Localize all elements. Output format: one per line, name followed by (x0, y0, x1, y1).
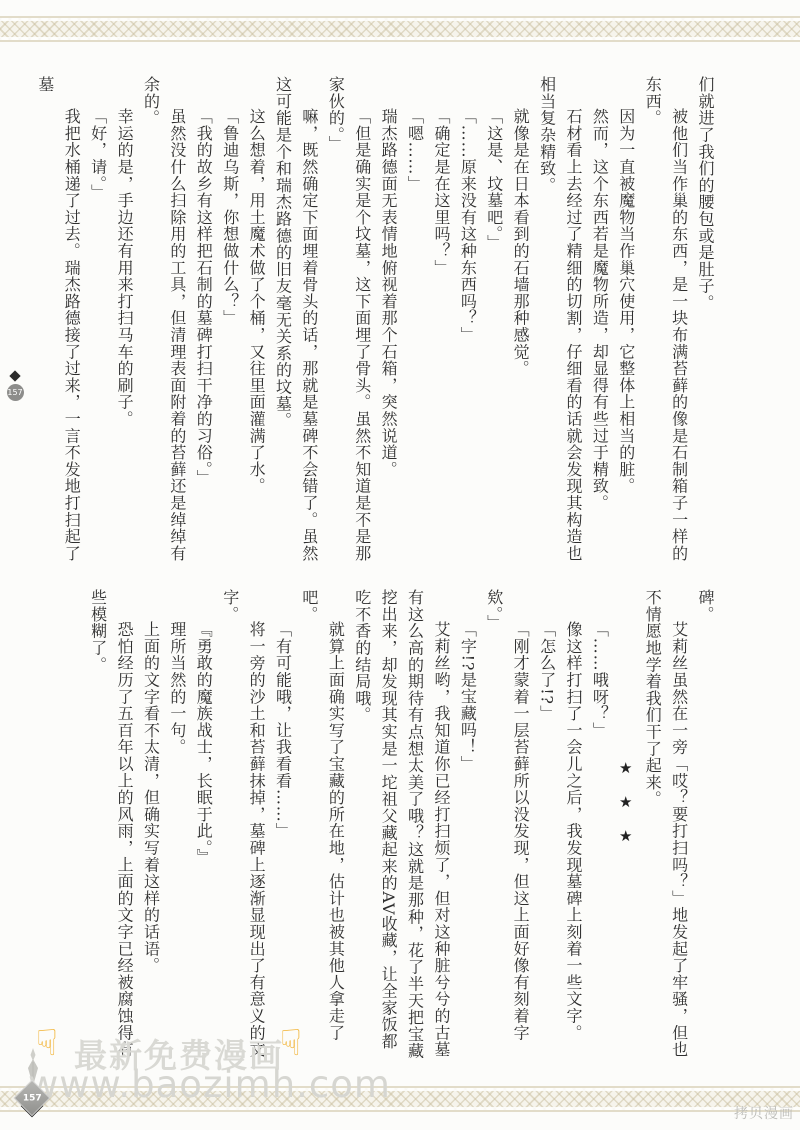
novel-paragraph: 像这样打扫了一会儿之后，我发现墓碑上刻着一些文字。 (560, 589, 586, 1062)
novel-paragraph: 理所当然的一句。 (163, 589, 189, 1062)
dialogue-line: 「……原来没有这种东西吗？」 (454, 76, 480, 565)
epitaph-line: 『勇敢的魔族战士，长眠于此。』 (190, 589, 216, 1062)
novel-paragraph: 碑。 (692, 589, 718, 1062)
novel-paragraph: 嘛，既然确定下面埋着骨头的话，那就是墓碑不会错了。虽然这可能是个和瑞杰路德的旧友… (269, 76, 322, 565)
novel-paragraph: 就算上面确实写了宝藏的所在地，估计也被其他人拿走了吧。 (296, 589, 349, 1062)
scene-break-stars: ★★★ (612, 589, 638, 1062)
page-text-bottom: 碑。 艾莉丝虽然在一旁「哎？要打扫吗？」地发起了牢骚，但也不情愿地学着我们干了起… (84, 589, 718, 1062)
novel-paragraph: 瑞杰路德面无表情地俯视着那个石箱，突然说道。 (375, 76, 401, 565)
novel-paragraph: 恐怕经历了五百年以上的风雨，上面的文字已经被腐蚀得有些模糊了。 (84, 589, 137, 1062)
dialogue-line: 「我的故乡有这样把石制的墓碑打扫干净的习俗。」 (190, 76, 216, 565)
dialogue-line: 「但是确实是个坟墓，这下面埋了骨头。虽然不知道是不是那家伙的。」 (322, 76, 375, 565)
novel-page: 们就进了我们的腰包或是肚子。 被他们当作巢的东西，是一块布满苔藓的像是石制箱子一… (0, 0, 800, 1130)
novel-paragraph: 幸运的是，手边还有用来打扫马车的刷子。 (111, 76, 137, 565)
novel-paragraph: 这么想着，用土魔术做了个桶，又往里面灌满了水。 (243, 76, 269, 565)
novel-paragraph: 被他们当作巢的东西，是一块布满苔藓的像是石制箱子一样的东西。 (639, 76, 692, 565)
novel-paragraph: 我把水桶递了过去。瑞杰路德接了过来，一言不发地打扫起了墓 (31, 76, 84, 565)
novel-paragraph: 上面的文字看不太清，但确实写着这样的话语。 (137, 589, 163, 1062)
dialogue-line: 「好，请。」 (84, 76, 110, 565)
watermark-url: www.baozimh.com (28, 1063, 391, 1106)
diamond-icon (9, 370, 20, 381)
dialogue-line: 「这是、坟墓吧。」 (480, 76, 506, 565)
dialogue-line: 「鲁迪乌斯，你想做什么？」 (216, 76, 242, 565)
dialogue-line: 「确定是在这里吗？」 (428, 76, 454, 565)
page-text-top: 们就进了我们的腰包或是肚子。 被他们当作巢的东西，是一块布满苔藓的像是石制箱子一… (31, 76, 718, 565)
decorative-border-top (0, 16, 800, 42)
novel-paragraph: 艾莉丝哟，我知道你已经打扫烦了，但对这种脏兮兮的古墓有这么高的期待有点想太美了哦… (348, 589, 454, 1062)
dialogue-line: 「怎么了!?」 (533, 589, 559, 1062)
novel-paragraph: 就像是在日本看到的石墙那种感觉。 (507, 76, 533, 565)
page-number-circle: 157 (7, 384, 24, 401)
site-credit-label: 拷贝漫画 (734, 1103, 794, 1123)
novel-paragraph: 石材看上去经过了精细的切割，仔细看的话就会发现其构造也相当复杂精致。 (533, 76, 586, 565)
page-marker: 157 (4, 372, 26, 401)
novel-paragraph: 艾莉丝虽然在一旁「哎？要打扫吗？」地发起了牢骚，但也不情愿地学着我们干了起来。 (639, 589, 692, 1062)
dialogue-line: 「字!?是宝藏吗！」 (454, 589, 480, 1062)
novel-paragraph: 因为一直被魔物当作巢穴使用，它整体上相当的脏。 (612, 76, 638, 565)
pointing-down-hand-icon: ☟ (280, 1026, 302, 1062)
novel-paragraph: 虽然没什么扫除用的工具，但清理表面附着的苔藓还是绰绰有余的。 (137, 76, 190, 565)
diamond-badge: 157 (14, 1080, 51, 1117)
novel-paragraph: 将一旁的沙土和苔藓抹掉，墓碑上逐渐显现出了有意义的文字。 (216, 589, 269, 1062)
page-number-badge: 157 (14, 1084, 50, 1122)
dialogue-line: 「嗯……」 (401, 76, 427, 565)
dialogue-line: 「刚才蒙着一层苔藓所以没发现，但这上面好像有刻着字欸。」 (480, 589, 533, 1062)
page-number: 157 (23, 1093, 42, 1103)
dialogue-line: 「有可能哦，让我看看……」 (269, 589, 295, 1062)
novel-paragraph: 们就进了我们的腰包或是肚子。 (692, 76, 718, 565)
novel-paragraph: 然而，这个东西若是魔物所造，却显得有些过于精致。 (586, 76, 612, 565)
pointing-down-hand-icon: ☟ (36, 1026, 58, 1062)
dialogue-line: 「……哦呀？」 (586, 589, 612, 1062)
